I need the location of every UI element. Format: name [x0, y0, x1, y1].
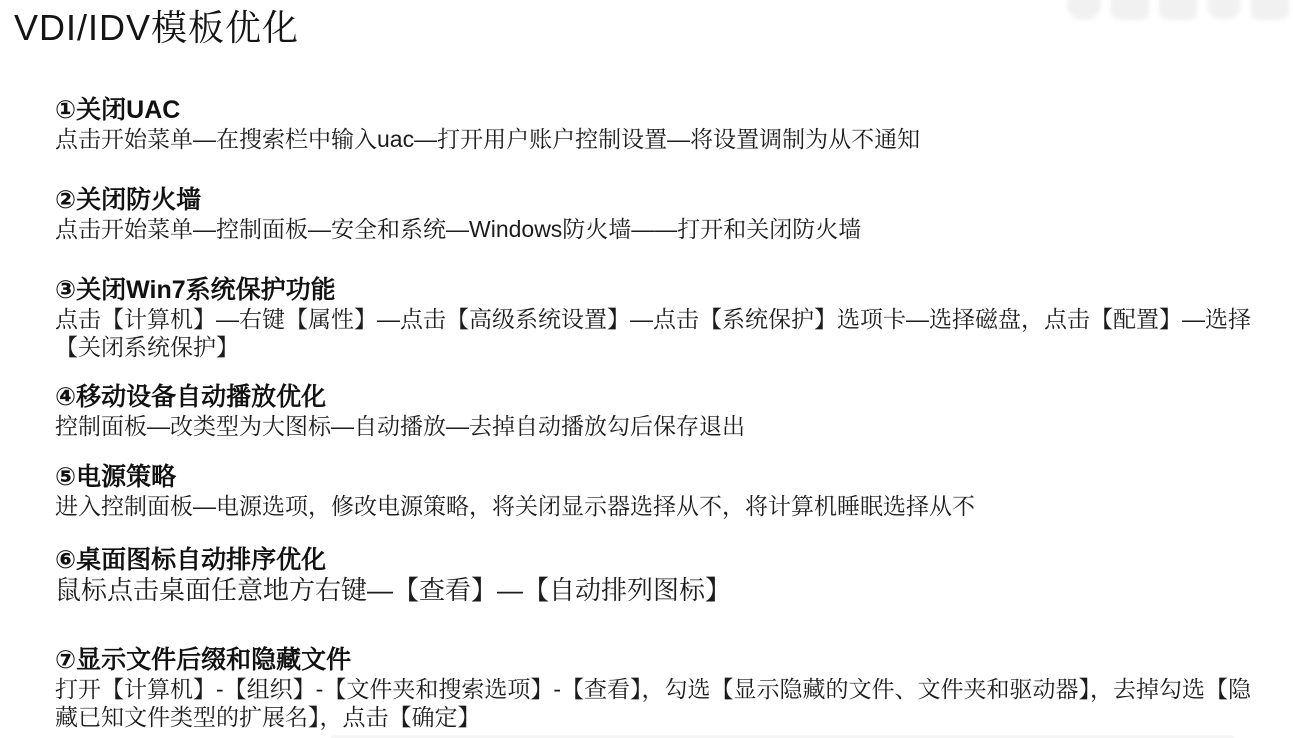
section-heading: ④移动设备自动播放优化 [55, 382, 1253, 412]
section-heading: ⑤电源策略 [55, 462, 1253, 492]
section-show-file-extensions: ⑦显示文件后缀和隐藏文件 打开【计算机】-【组织】-【文件夹和搜索选项】-【查看… [55, 645, 1253, 731]
slide: VDI/IDV模板优化 ①关闭UAC 点击开始菜单—在搜索栏中输入uac—打开用… [0, 6, 1293, 738]
section-heading: ①关闭UAC [55, 95, 1253, 125]
section-desktop-icon-sort: ⑥桌面图标自动排序优化 鼠标点击桌面任意地方右键—【查看】—【自动排列图标】 [55, 545, 1253, 606]
section-body: 控制面板—改类型为大图标—自动播放—去掉自动播放勾后保存退出 [55, 412, 1251, 440]
section-autoplay-optimization: ④移动设备自动播放优化 控制面板—改类型为大图标—自动播放—去掉自动播放勾后保存… [55, 382, 1253, 440]
section-heading: ③关闭Win7系统保护功能 [55, 275, 1253, 305]
section-power-policy: ⑤电源策略 进入控制面板—电源选项，修改电源策略，将关闭显示器选择从不，将计算机… [55, 462, 1253, 520]
section-body: 打开【计算机】-【组织】-【文件夹和搜索选项】-【查看】，勾选【显示隐藏的文件、… [55, 675, 1251, 731]
section-body: 进入控制面板—电源选项，修改电源策略，将关闭显示器选择从不，将计算机睡眠选择从不 [55, 492, 1251, 520]
section-close-firewall: ②关闭防火墙 点击开始菜单—控制面板—安全和系统—Windows防火墙——打开和… [55, 185, 1253, 243]
section-close-win7-protection: ③关闭Win7系统保护功能 点击【计算机】—右键【属性】—点击【高级系统设置】—… [55, 275, 1253, 361]
section-list: ①关闭UAC 点击开始菜单—在搜索栏中输入uac—打开用户账户控制设置—将设置调… [0, 49, 1293, 731]
section-heading: ②关闭防火墙 [55, 185, 1253, 215]
section-close-uac: ①关闭UAC 点击开始菜单—在搜索栏中输入uac—打开用户账户控制设置—将设置调… [55, 95, 1253, 153]
section-body: 点击开始菜单—控制面板—安全和系统—Windows防火墙——打开和关闭防火墙 [55, 215, 1251, 243]
section-heading: ⑥桌面图标自动排序优化 [55, 545, 1253, 575]
section-heading: ⑦显示文件后缀和隐藏文件 [55, 645, 1253, 675]
section-body: 鼠标点击桌面任意地方右键—【查看】—【自动排列图标】 [55, 575, 1251, 606]
page-title: VDI/IDV模板优化 [14, 6, 1293, 49]
section-body: 点击【计算机】—右键【属性】—点击【高级系统设置】—点击【系统保护】选项卡—选择… [55, 305, 1251, 361]
section-body: 点击开始菜单—在搜索栏中输入uac—打开用户账户控制设置—将设置调制为从不通知 [55, 125, 1251, 153]
